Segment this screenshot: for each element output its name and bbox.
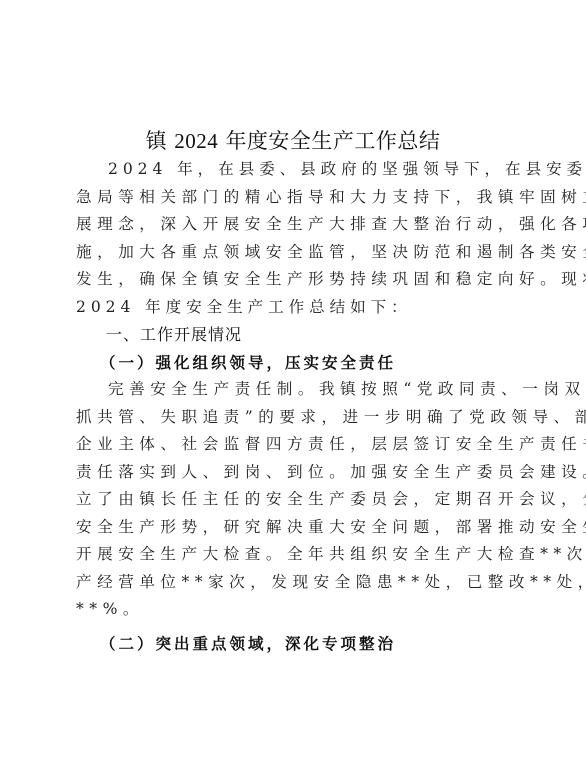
subsection-1-heading: （一）强化组织领导，压实安全责任: [76, 349, 504, 377]
document-title: 镇 2024 年度安全生产工作总结: [0, 128, 586, 154]
title-prefix: 镇: [146, 129, 168, 153]
title-suffix: 年度安全生产工作总结: [225, 129, 440, 153]
subsection-1-line-8: 产经营单位**家次，发现安全隐患**处，已整改**处，整改率: [76, 569, 504, 597]
intro-line-1: 2024 年，在县委、县政府的坚强领导下，在县安委办、县应: [76, 156, 504, 184]
subsection-1-line-4: 责任落实到人、到岗、到位。加强安全生产委员会建设。我镇成: [76, 459, 504, 487]
intro-line-2: 急局等相关部门的精心指导和大力支持下，我镇牢固树立安全发: [76, 184, 504, 212]
intro-line-6: 2024 年度安全生产工作总结如下：: [76, 294, 504, 322]
intro-line-4: 施，加大各重点领域安全监管，坚决防范和遏制各类安全事故的: [76, 239, 504, 267]
subsection-1-line-2: 抓共管、失职追责”的要求，进一步明确了党政领导、部门监管、: [76, 404, 504, 432]
subsection-1-line-7: 开展安全生产大检查。全年共组织安全生产大检查**次，检查生: [76, 541, 504, 569]
intro-line-5: 发生，确保全镇安全生产形势持续巩固和稳定向好。现将全镇: [76, 266, 504, 294]
subsection-1-line-1: 完善安全生产责任制。我镇按照“党政同责、一岗双责、齐: [76, 376, 504, 404]
subsection-1-line-3: 企业主体、社会监督四方责任，层层签订安全生产责任书，确保: [76, 431, 504, 459]
intro-line-3: 展理念，深入开展安全生产大排查大整治行动，强化各项安全措: [76, 211, 504, 239]
title-year: 2024: [174, 129, 218, 153]
subsection-2-heading: （二）突出重点领域，深化专项整治: [76, 630, 504, 658]
subsection-1-line-9: **%。: [76, 596, 504, 624]
subsection-1-line-6: 安全生产形势，研究解决重大安全问题，部署推动安全生产工作。: [76, 514, 504, 542]
document-page: 镇 2024 年度安全生产工作总结 2024 年，在县委、县政府的坚强领导下，在…: [0, 0, 586, 759]
document-body: 2024 年，在县委、县政府的坚强领导下，在县安委办、县应 急局等相关部门的精心…: [76, 156, 504, 657]
section-1-heading: 一、工作开展情况: [76, 321, 504, 349]
subsection-1-line-5: 立了由镇长任主任的安全生产委员会，定期召开会议，分析研判: [76, 486, 504, 514]
